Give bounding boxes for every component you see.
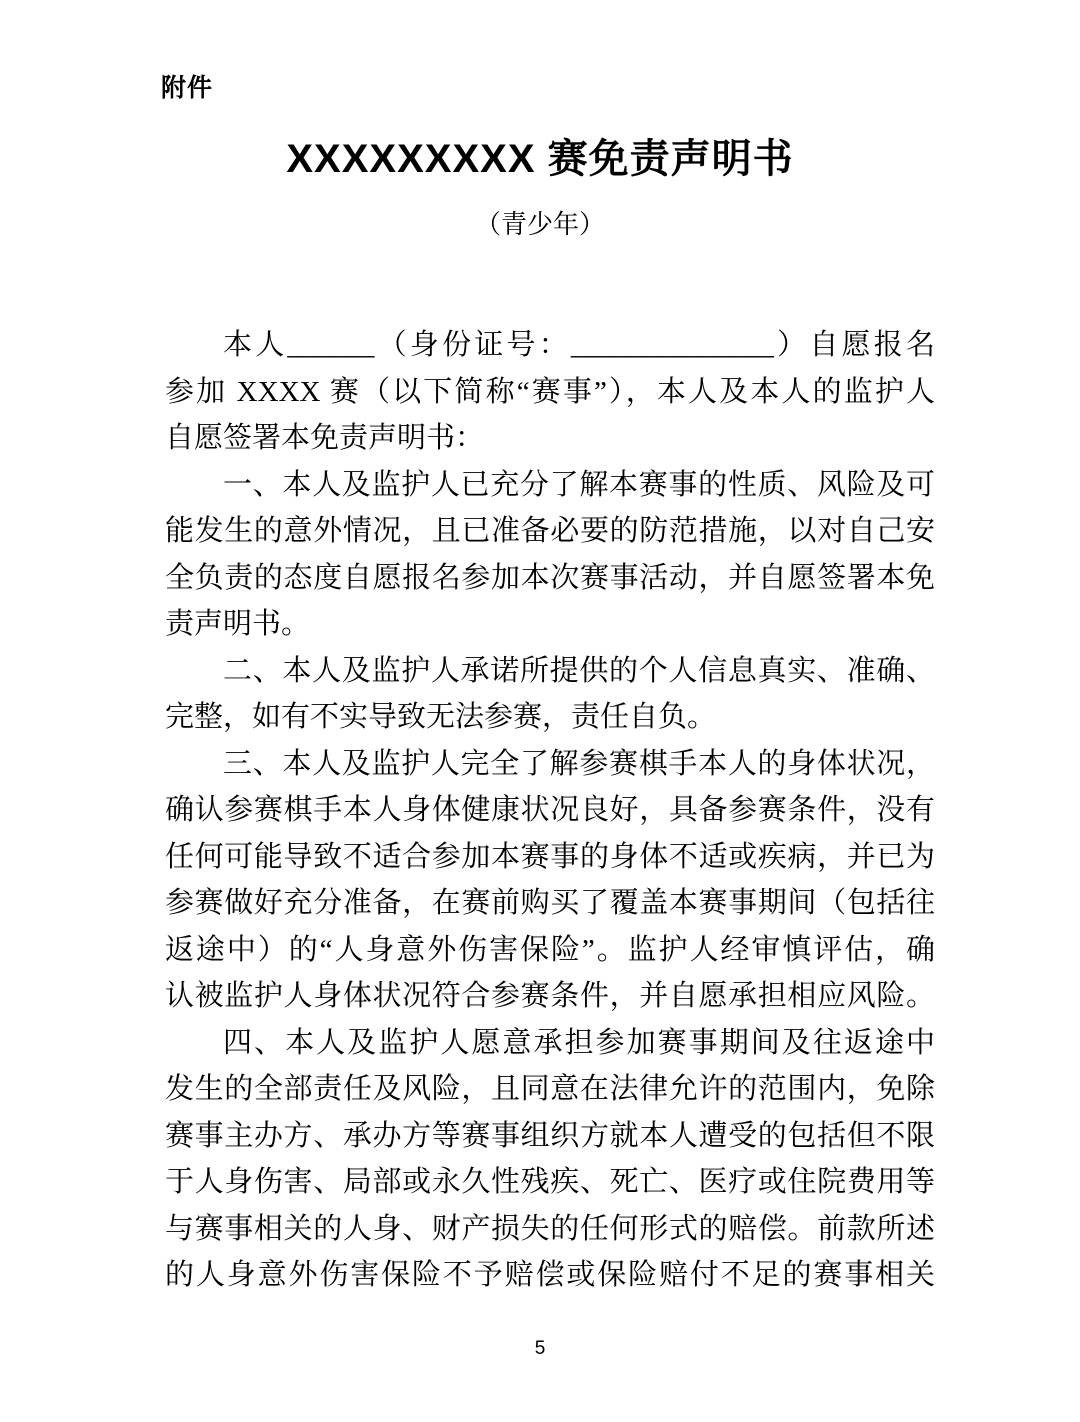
body-line: 参加 XXXX 赛（以下简称“赛事”），本人及本人的监护人	[165, 369, 935, 416]
body-line: 与赛事相关的人身、财产损失的任何形式的赔偿。前款所述	[165, 1206, 935, 1253]
body-line: 发生的全部责任及风险，且同意在法律允许的范围内，免除	[165, 1066, 935, 1113]
body-line: 赛事主办方、承办方等赛事组织方就本人遭受的包括但不限	[165, 1113, 935, 1160]
paragraph: 一、本人及监护人已充分了解本赛事的性质、风险及可能发生的意外情况，且已准备必要的…	[165, 462, 935, 648]
body-line: 认被监护人身体状况符合参赛条件，并自愿承担相应风险。	[165, 973, 935, 1020]
document-title: XXXXXXXXX 赛免责声明书	[0, 135, 1080, 183]
body-line: 本人______（身份证号：______________）自愿报名	[165, 322, 935, 369]
attachment-label: 附件	[161, 72, 213, 104]
body-line: 任何可能导致不适合参加本赛事的身体不适或疾病，并已为	[165, 834, 935, 881]
page-number: 5	[0, 1337, 1080, 1361]
body-line: 全负责的态度自愿报名参加本次赛事活动，并自愿签署本免	[165, 555, 935, 602]
document-page: 附件 XXXXXXXXX 赛免责声明书 （青少年） 本人______（身份证号：…	[0, 0, 1080, 1422]
body-line: 返途中）的“人身意外伤害保险”。监护人经审慎评估，确	[165, 927, 935, 974]
body-line: 二、本人及监护人承诺所提供的个人信息真实、准确、	[165, 648, 935, 695]
body-line: 的人身意外伤害保险不予赔偿或保险赔付不足的赛事相关	[165, 1252, 935, 1299]
document-body: 本人______（身份证号：______________）自愿报名参加 XXXX…	[165, 322, 935, 1299]
body-line: 完整，如有不实导致无法参赛，责任自负。	[165, 694, 935, 741]
paragraph: 四、本人及监护人愿意承担参加赛事期间及往返途中发生的全部责任及风险，且同意在法律…	[165, 1020, 935, 1299]
body-line: 确认参赛棋手本人身体健康状况良好，具备参赛条件，没有	[165, 787, 935, 834]
body-line: 责声明书。	[165, 601, 935, 648]
document-subtitle: （青少年）	[0, 208, 1080, 242]
paragraph: 三、本人及监护人完全了解参赛棋手本人的身体状况，确认参赛棋手本人身体健康状况良好…	[165, 741, 935, 1020]
body-line: 自愿签署本免责声明书：	[165, 415, 935, 462]
body-line: 于人身伤害、局部或永久性残疾、死亡、医疗或住院费用等	[165, 1159, 935, 1206]
body-line: 四、本人及监护人愿意承担参加赛事期间及往返途中	[165, 1020, 935, 1067]
paragraph: 二、本人及监护人承诺所提供的个人信息真实、准确、完整，如有不实导致无法参赛，责任…	[165, 648, 935, 741]
body-line: 参赛做好充分准备，在赛前购买了覆盖本赛事期间（包括往	[165, 880, 935, 927]
body-line: 一、本人及监护人已充分了解本赛事的性质、风险及可	[165, 462, 935, 509]
body-line: 三、本人及监护人完全了解参赛棋手本人的身体状况，	[165, 741, 935, 788]
body-line: 能发生的意外情况，且已准备必要的防范措施，以对自己安	[165, 508, 935, 555]
paragraph: 本人______（身份证号：______________）自愿报名参加 XXXX…	[165, 322, 935, 462]
